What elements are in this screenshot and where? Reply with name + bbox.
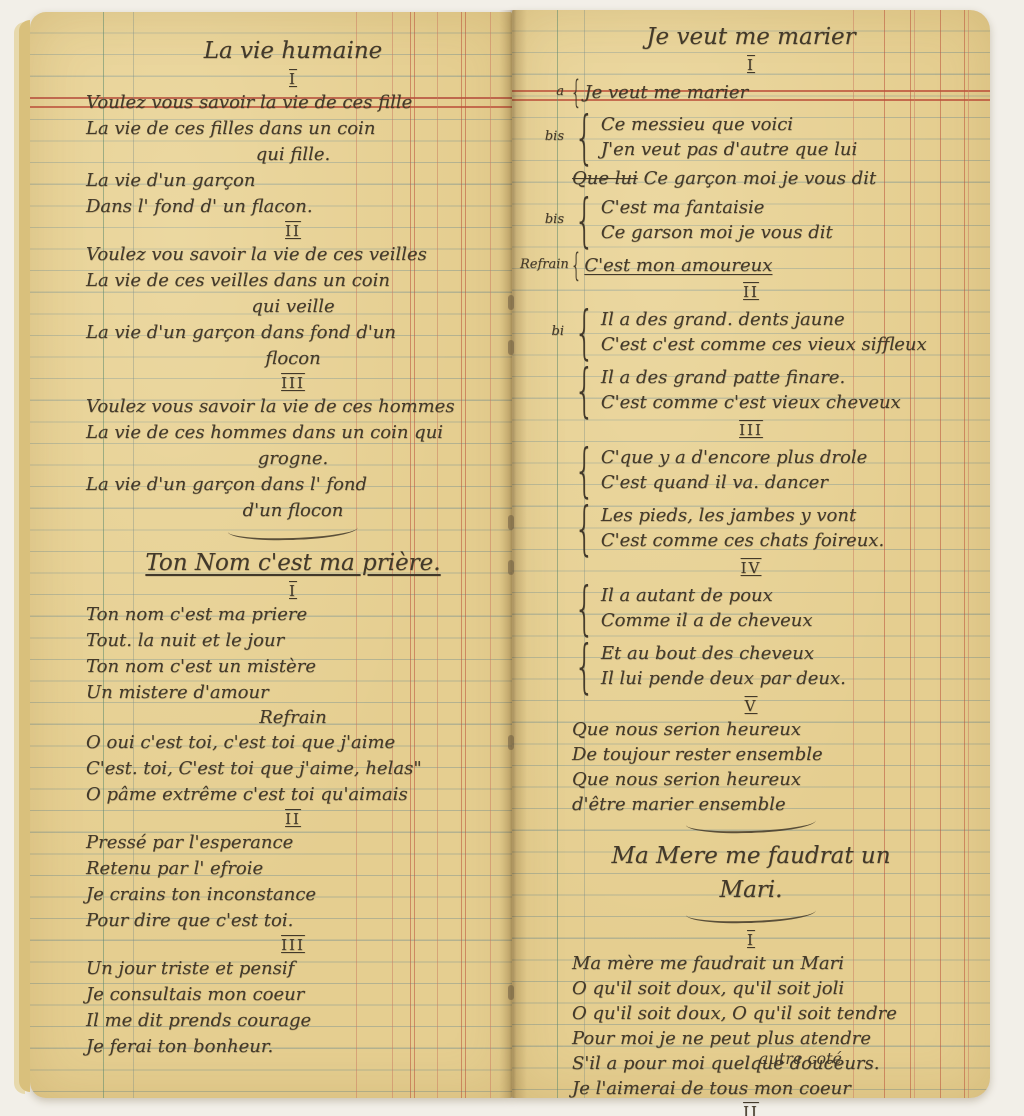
group-lines: Il a des grand. dents jauneC'est c'est c… <box>601 307 927 357</box>
lyric-line: C'est mon amoureux <box>584 253 772 278</box>
lyric-line: Je consultais mon coeur <box>86 982 500 1008</box>
lyric-line: Retenu par l' efroie <box>86 856 500 882</box>
lyric-line: Pressé par l'esperance <box>86 830 500 856</box>
lyric-group: bi{Il a des grand. dents jauneC'est c'es… <box>520 303 982 361</box>
brace-icon: { <box>571 249 582 281</box>
lyric-line: O pâme extrême c'est toi qu'aimais <box>86 782 500 808</box>
flourish-swash <box>228 525 358 543</box>
lyric-line: C'que y a d'encore plus drole <box>601 445 867 470</box>
corner-note: autre coté <box>759 1049 842 1068</box>
brace-icon: { <box>574 191 594 249</box>
lyric-line: Il me dit prends courage <box>86 1008 500 1034</box>
lyric-group: {Il a autant de pouxComme il a de cheveu… <box>520 579 982 637</box>
song-title: Ma Mere me faudrat un <box>520 839 982 873</box>
lyric-group: {Les pieds, les jambes y vontC'est comme… <box>520 499 982 557</box>
lyric-line: O oui c'est toi, c'est toi que j'aime <box>86 730 500 756</box>
lyric-line: La vie de ces hommes dans un coin qui <box>86 420 500 446</box>
brace-icon: { <box>574 637 594 695</box>
lyric-line: Je ferai ton bonheur. <box>86 1034 500 1060</box>
right-page-text: Je veut me marierIa{Je veut me marierbis… <box>512 10 990 1098</box>
verse-number: III <box>86 934 500 956</box>
lyric-line: De toujour rester ensemble <box>572 742 982 767</box>
group-lines: Il a des grand patte finare.C'est comme … <box>601 365 901 415</box>
lyric-group: {Et au bout des cheveuxIl lui pende deux… <box>520 637 982 695</box>
lyric-line: Ce garson moi je vous dit <box>601 220 833 245</box>
margin-mark: a <box>520 85 566 99</box>
lyric-line: O qu'il soit doux, O qu'il soit tendre <box>572 1001 982 1026</box>
lyric-line: Ma mère me faudrait un Mari <box>572 951 982 976</box>
song-title: Je veut me marier <box>520 20 982 54</box>
verse-number: I <box>86 580 500 602</box>
lyric-line: Pour dire que c'est toi. <box>86 908 500 934</box>
notebook-scan: La vie humaineIVoulez vous savoir la vie… <box>0 0 1024 1116</box>
lyric-line: Un mistere d'amour <box>86 680 500 706</box>
refrain-label: Refrain <box>86 706 500 730</box>
lyric-line: Je l'aimerai de tous mon coeur <box>572 1076 982 1101</box>
group-lines: Ce messieu que voiciJ'en veut pas d'autr… <box>601 112 857 162</box>
lyric-line: d'être marier ensemble <box>572 792 982 817</box>
lyric-line: Voulez vou savoir la vie de ces veilles <box>86 242 500 268</box>
lyric-line: Comme il a de cheveux <box>601 608 813 633</box>
brace-icon: { <box>574 499 594 557</box>
group-lines: Et au bout des cheveuxIl lui pende deux … <box>601 641 846 691</box>
lyric-line: qui veille <box>86 294 500 320</box>
margin-mark: Refrain <box>520 258 566 272</box>
lyric-line: qui fille. <box>86 142 500 168</box>
verse-number: I <box>86 68 500 90</box>
group-lines: Je veut me marier <box>584 80 748 105</box>
margin-mark: bis <box>520 130 566 144</box>
lyric-line: Ton nom c'est ma priere <box>86 602 500 628</box>
verse-number: II <box>86 220 500 242</box>
lyric-group: {Il a des grand patte finare.C'est comme… <box>520 361 982 419</box>
lyric-line: La vie de ces filles dans un coin <box>86 116 500 142</box>
brace-icon: { <box>574 303 594 361</box>
lyric-line: Il a des grand patte finare. <box>601 365 901 390</box>
left-page-text: La vie humaineIVoulez vous savoir la vie… <box>30 12 512 1098</box>
lyric-line: Que nous serion heureux <box>572 767 982 792</box>
group-lines: C'est ma fantaisieCe garson moi je vous … <box>601 195 833 245</box>
lyric-line: Il lui pende deux par deux. <box>601 666 846 691</box>
verse-number: I <box>520 929 982 951</box>
brace-icon: { <box>574 579 594 637</box>
brace-icon: { <box>574 441 594 499</box>
lyric-group: bis{C'est ma fantaisieCe garson moi je v… <box>520 191 982 249</box>
group-lines: C'est mon amoureux <box>584 253 772 278</box>
lyric-line: Et au bout des cheveux <box>601 641 846 666</box>
lyric-line: Ton nom c'est un mistère <box>86 654 500 680</box>
song-title: Ton Nom c'est ma prière. <box>86 546 500 580</box>
lyric-line: La vie d'un garçon <box>86 168 500 194</box>
margin-mark: bi <box>520 325 566 339</box>
verse-number: III <box>86 372 500 394</box>
group-lines: Il a autant de pouxComme il a de cheveux <box>601 583 813 633</box>
lyric-line: La vie d'un garçon dans l' fond <box>86 472 500 498</box>
lyric-line: C'est comme ces chats foireux. <box>601 528 884 553</box>
group-lines: C'que y a d'encore plus droleC'est quand… <box>601 445 867 495</box>
lyric-line: Je veut me marier <box>584 80 748 105</box>
lyric-line: grogne. <box>86 446 500 472</box>
lyric-line: J'en veut pas d'autre que lui <box>601 137 857 162</box>
lyric-line: Dans l' fond d' un flacon. <box>86 194 500 220</box>
lyric-line: flocon <box>86 346 500 372</box>
lyric-line: C'est. toi, C'est toi que j'aime, helas" <box>86 756 500 782</box>
lyric-line: Un jour triste et pensif <box>86 956 500 982</box>
verse-number: I <box>520 54 982 76</box>
lyric-group: {C'que y a d'encore plus droleC'est quan… <box>520 441 982 499</box>
lyric-line: C'est comme c'est vieux cheveux <box>601 390 901 415</box>
lyric-line: Que lui Ce garçon moi je vous dit <box>572 166 982 191</box>
lyric-line: La vie de ces veilles dans un coin <box>86 268 500 294</box>
lyric-line: Les pieds, les jambes y vont <box>601 503 884 528</box>
lyric-line: C'est ma fantaisie <box>601 195 833 220</box>
right-page: Je veut me marierIa{Je veut me marierbis… <box>512 10 990 1098</box>
lyric-line: La vie d'un garçon dans fond d'un <box>86 320 500 346</box>
verse-number: II <box>520 1101 982 1116</box>
left-page: La vie humaineIVoulez vous savoir la vie… <box>30 12 512 1098</box>
lyric-line: Ce messieu que voici <box>601 112 857 137</box>
verse-number: II <box>86 808 500 830</box>
lyric-line: C'est c'est comme ces vieux siffleux <box>601 332 927 357</box>
lyric-line: Tout. la nuit et le jour <box>86 628 500 654</box>
lyric-line: Pour moi je ne peut plus atendre <box>572 1026 982 1051</box>
brace-icon: { <box>574 361 594 419</box>
lyric-group: bis{Ce messieu que voiciJ'en veut pas d'… <box>520 108 982 166</box>
lyric-line: Voulez vous savoir la vie de ces hommes <box>86 394 500 420</box>
lyric-line: Il a autant de poux <box>601 583 813 608</box>
margin-mark: bis <box>520 213 566 227</box>
lyric-line: Je crains ton inconstance <box>86 882 500 908</box>
lyric-line: Que nous serion heureux <box>572 717 982 742</box>
brace-icon: { <box>574 108 594 166</box>
lyric-line: Il a des grand. dents jaune <box>601 307 927 332</box>
lyric-line: O qu'il soit doux, qu'il soit joli <box>572 976 982 1001</box>
song-title: La vie humaine <box>86 34 500 68</box>
flourish-swash <box>686 908 816 926</box>
lyric-line: d'un flocon <box>86 498 500 524</box>
group-lines: Les pieds, les jambes y vontC'est comme … <box>601 503 884 553</box>
lyric-line: Voulez vous savoir la vie de ces fille <box>86 90 500 116</box>
flourish-swash <box>686 818 816 836</box>
lyric-line: C'est quand il va. dancer <box>601 470 867 495</box>
song-title: Mari. <box>520 873 982 907</box>
